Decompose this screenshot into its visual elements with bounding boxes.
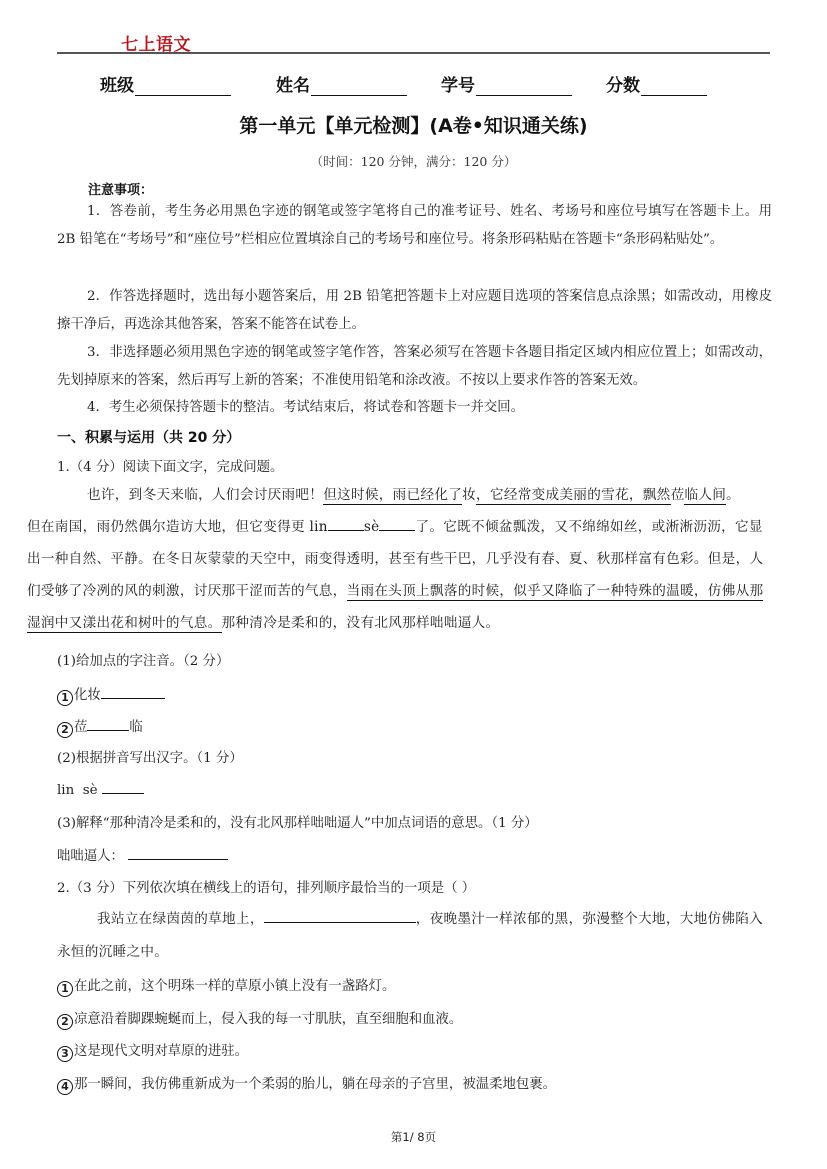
answer-blank[interactable] xyxy=(87,717,129,731)
circled-number-icon: 1 xyxy=(57,690,73,706)
info-label: 分数 xyxy=(606,76,640,96)
circled-number-icon: 3 xyxy=(57,1046,73,1062)
fill-in-blank[interactable] xyxy=(264,909,416,923)
info-field-score: 分数 xyxy=(606,71,707,96)
circled-number-icon: 1 xyxy=(57,981,73,997)
subquestion-2-answer: lin sè xyxy=(57,780,144,798)
passage-text: sè xyxy=(364,519,380,535)
passage-text: 但在南国，雨仍然偶尔造访大地，但它变得更 lin xyxy=(27,519,328,535)
dotted-char: 妆 xyxy=(462,487,476,503)
option-3: 3这是现代文明对草原的进驻。 xyxy=(57,1040,248,1062)
subquestion-1-item-1: 1化妆 xyxy=(57,684,165,706)
notice-item-3: 3．非选择题必须用黑色字迹的钢笔或签字笔作答，答案必须写在答题卡各题目指定区域内… xyxy=(57,339,772,395)
section-heading: 一、积累与运用（共 20 分） xyxy=(57,427,240,447)
subquestion-1-item-2: 2莅临 xyxy=(57,716,143,738)
underlined-text: ，它经常变成美丽的雪花，飘然 xyxy=(476,487,671,505)
answer-blank[interactable] xyxy=(102,780,144,794)
passage-text: 。 xyxy=(726,487,740,503)
info-field-name: 姓名 xyxy=(276,71,407,96)
subquestion-2-label: (2)根据拼音写出汉字。（1 分） xyxy=(57,747,243,766)
notice-heading: 注意事项： xyxy=(88,179,153,198)
circled-number-icon: 4 xyxy=(57,1079,73,1095)
info-label: 姓名 xyxy=(276,76,310,96)
student-id-blank[interactable] xyxy=(476,78,572,96)
circled-number-icon: 2 xyxy=(57,722,73,738)
notice-item-2: 2．作答选择题时，选出每小题答案后，用 2B 铅笔把答题卡上对应题目选项的答案信… xyxy=(57,283,772,339)
dotted-char: 莅 xyxy=(671,487,685,503)
score-blank[interactable] xyxy=(641,78,707,96)
page-title: 第一单元【单元检测】(A卷•知识通关练) xyxy=(0,111,827,138)
info-field-student-id: 学号 xyxy=(441,71,572,96)
passage-text: 也许，到冬天来临，人们会讨厌雨吧！ xyxy=(87,487,323,503)
answer-blank[interactable] xyxy=(101,685,165,699)
pinyin-blank-2[interactable] xyxy=(379,517,415,531)
pinyin-text: lin sè xyxy=(57,783,98,798)
answer-blank[interactable] xyxy=(128,846,228,860)
student-info-row: 班级 姓名 学号 分数 xyxy=(100,71,740,95)
header-divider xyxy=(57,52,770,54)
info-field-class: 班级 xyxy=(100,71,231,96)
page-number: 第1/ 8页 xyxy=(0,1129,827,1145)
circled-number-icon: 2 xyxy=(57,1014,73,1030)
question-2-passage: 我站立在绿茵茵的草地上，，夜晚墨汁一样浓郁的黑，弥漫整个大地，大地仿佛陷入永恒的… xyxy=(57,903,775,969)
document-page: 七上语文 班级 姓名 学号 分数 第一单元【单元检测】(A卷•知识通关练) （时… xyxy=(0,0,827,1169)
term-label: 咄咄逼人： xyxy=(57,849,124,864)
pinyin-blank-1[interactable] xyxy=(328,517,364,531)
passage-text: 那种清冷是柔和的，没有北风那样咄咄逼人。 xyxy=(222,615,500,631)
name-blank[interactable] xyxy=(311,78,407,96)
option-2: 2凉意沿着脚踝蜿蜒而上，侵入我的每一寸肌肤，直至细胞和血液。 xyxy=(57,1008,462,1030)
underlined-text: 临人间 xyxy=(684,487,726,505)
class-blank[interactable] xyxy=(135,78,231,96)
info-label: 学号 xyxy=(441,76,475,96)
subquestion-3-label: (3)解释“那种清冷是柔和的，没有北风那样咄咄逼人”中加点词语的意思。（1 分） xyxy=(57,812,538,831)
question-1-passage: 也许，到冬天来临，人们会讨厌雨吧！但这时候，雨已经化了妆，它经常变成美丽的雪花，… xyxy=(57,479,775,639)
underlined-text: 但这时候，雨已经化了 xyxy=(323,487,462,505)
subquestion-1-label: (1)给加点的字注音。（2 分） xyxy=(57,650,229,669)
passage-para-2: 但在南国，雨仍然偶尔造访大地，但它变得更 linsè了。它既不倾盆瓢泼，又不绵绵… xyxy=(27,511,775,639)
option-4: 4那一瞬间，我仿佛重新成为一个柔弱的胎儿，躺在母亲的子宫里，被温柔地包裹。 xyxy=(57,1073,556,1095)
subquestion-3-answer: 咄咄逼人： xyxy=(57,845,228,864)
notice-item-4: 4．考生必须保持答题卡的整洁。考试结束后，将试卷和答题卡一并交回。 xyxy=(57,394,772,422)
question-1-stem: 1.（4 分）阅读下面文字，完成问题。 xyxy=(57,456,283,475)
info-label: 班级 xyxy=(100,76,134,96)
question-2-stem: 2.（3 分）下列依次填在横线上的语句，排列顺序最恰当的一项是（ ） xyxy=(57,877,475,896)
notice-item-1: 1．答卷前，考生务必用黑色字迹的钢笔或签字笔将自己的准考证号、姓名、考场号和座位… xyxy=(57,198,772,254)
page-subtitle: （时间：120 分钟，满分：120 分） xyxy=(0,152,827,170)
option-1: 1在此之前，这个明珠一样的草原小镇上没有一盏路灯。 xyxy=(57,975,395,997)
